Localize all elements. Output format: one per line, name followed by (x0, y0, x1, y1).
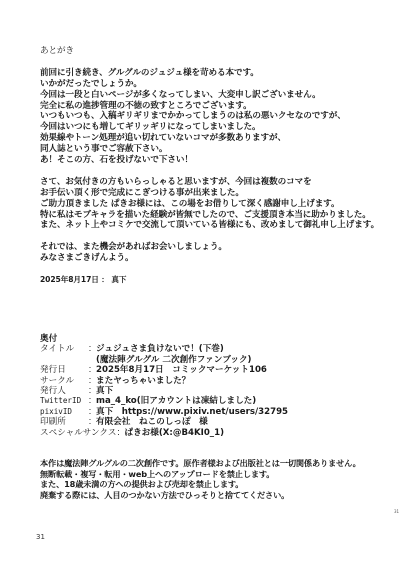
colophon-label: pixivID (40, 407, 88, 417)
text-line: さて、お気付きの方もいらっしゃると思いますが、今回は複数のコマを (40, 177, 380, 188)
colophon-row-printer: 印刷所 ： 有限会社 ねこのしっぽ 様 (40, 417, 380, 427)
edge-page-mark: 31 (394, 510, 399, 514)
afterword-section: あとがき 前回に引き続き、グルグルのジュジュ様を苛める本です。 いかがだったでし… (40, 46, 380, 286)
colophon-label: 印刷所 (40, 417, 88, 427)
colophon-row-publisher: 発行人 ： 真下 (40, 386, 380, 396)
colophon-label: 発行人 (40, 386, 88, 396)
disclaimer-line: 本作は魔法陣グルグルの二次創作です。原作者様および出版社とは一切関係ありません。 (40, 458, 385, 469)
colophon-separator: ： (88, 344, 96, 354)
colophon-title: 奥付 (40, 334, 380, 344)
afterword-paragraph-1: 前回に引き続き、グルグルのジュジュ様を苛める本です。 いかがだったでしょうか。 … (40, 68, 380, 166)
colophon-section: 奥付 タイトル ： ジュジュさま負けないで！(下巻) (魔法陣グルグル 二次創作… (40, 334, 380, 438)
text-line: お手伝い頂く形で完成にこぎつける事が出来ました。 (40, 188, 380, 199)
disclaimer-line: 廃棄する際には、人目のつかない方法でひっそりと捨ててください。 (40, 490, 385, 501)
afterword-paragraph-2: さて、お気付きの方もいらっしゃると思いますが、今回は複数のコマを お手伝い頂く形… (40, 177, 380, 232)
afterword-signature: 2025年8月17日 ： 真下 (40, 275, 380, 286)
text-line: みなさまごきげんよう。 (40, 253, 380, 264)
text-line: いつもいつも、入稿ギリギリまでかかってしまうのは私の悪いクセなのですが、 (40, 111, 380, 122)
colophon-row-circle: サークル ： またヤっちゃいました？ (40, 376, 380, 386)
colophon-separator: ： (88, 365, 96, 375)
colophon-row-pixiv: pixivID ： 真下 https://www.pixiv.net/users… (40, 407, 380, 417)
afterword-paragraph-3: それでは、また機会があればお会いしましょう。 みなさまごきげんよう。 (40, 242, 380, 264)
colophon-title-continuation: (魔法陣グルグル 二次創作ファンブック) (40, 355, 380, 365)
colophon-separator: ： (88, 396, 96, 406)
disclaimer-line: また、18歳未満の方への提供および売却を禁止します。 (40, 479, 385, 490)
colophon-value: 真下 https://www.pixiv.net/users/32795 (96, 407, 288, 417)
text-line: 前回に引き続き、グルグルのジュジュ様を苛める本です。 (40, 68, 380, 79)
colophon-row-title: タイトル ： ジュジュさま負けないで！(下巻) (40, 344, 380, 354)
text-line: 特に私はモブキャラを描いた経験が皆無でしたので、ご支援頂き本当に助かりました。 (40, 210, 380, 221)
text-line: 今回は一段と白いページが多くなってしまい、大変申し訳ございません。 (40, 90, 380, 101)
page-number: 31 (36, 533, 45, 541)
colophon-separator: ： (88, 417, 96, 427)
book-page: あとがき 前回に引き続き、グルグルのジュジュ様を苛める本です。 いかがだったでし… (0, 0, 400, 565)
disclaimer-section: 本作は魔法陣グルグルの二次創作です。原作者様および出版社とは一切関係ありません。… (40, 458, 385, 500)
colophon-separator: ： (88, 376, 96, 386)
colophon-value: ma_4_ko(旧アカウントは凍結しました) (96, 396, 256, 406)
text-line: 効果線やトーン処理が追い切れていないコマが多数ありますが、 (40, 133, 380, 144)
text-line: 完全に私の進捗管理の不徳の致すところでございます。 (40, 101, 380, 112)
text-line: あ！そこの方、石を投げないで下さい！ (40, 155, 380, 166)
colophon-label: サークル (40, 376, 88, 386)
colophon-separator: ： (88, 407, 96, 417)
colophon-separator: ： (88, 386, 96, 396)
colophon-label: スペシャルサンクス (40, 428, 116, 438)
colophon-row-date: 発行日 ： 2025年8月17日 コミックマーケット106 (40, 365, 380, 375)
colophon-label: タイトル (40, 344, 88, 354)
text-line: また、ネット上やコミケで交流して頂いている皆様にも、改めまして御礼申し上げます。 (40, 220, 380, 231)
colophon-label: TwitterID (40, 396, 88, 406)
colophon-label: 発行日 (40, 365, 88, 375)
text-line: それでは、また機会があればお会いしましょう。 (40, 242, 380, 253)
colophon-row-twitter: TwitterID ： ma_4_ko(旧アカウントは凍結しました) (40, 396, 380, 406)
colophon-value: 2025年8月17日 コミックマーケット106 (96, 365, 267, 375)
colophon-value: ぱきお様(X:@B4KI0_1) (124, 428, 224, 438)
text-line: いかがだったでしょうか。 (40, 79, 380, 90)
text-line: 今回はいつにも増してギリッギリになってしまいました。 (40, 122, 380, 133)
colophon-value: 有限会社 ねこのしっぽ 様 (96, 417, 208, 427)
colophon-value: ジュジュさま負けないで！(下巻) (96, 344, 224, 354)
colophon-value: 真下 (96, 386, 113, 396)
colophon-separator: ： (116, 428, 124, 438)
text-line: ご助力頂きました ぱきお様には、この場をお借りして深く感謝申し上げます。 (40, 199, 380, 210)
text-line: 同人誌という事でご容赦下さい。 (40, 144, 380, 155)
colophon-row-special-thanks: スペシャルサンクス ： ぱきお様(X:@B4KI0_1) (40, 428, 380, 438)
colophon-value: またヤっちゃいました？ (96, 376, 190, 386)
afterword-heading: あとがき (40, 46, 380, 57)
disclaimer-line: 無断転載・複写・転用・web上へのアップロードを禁止します。 (40, 469, 385, 480)
